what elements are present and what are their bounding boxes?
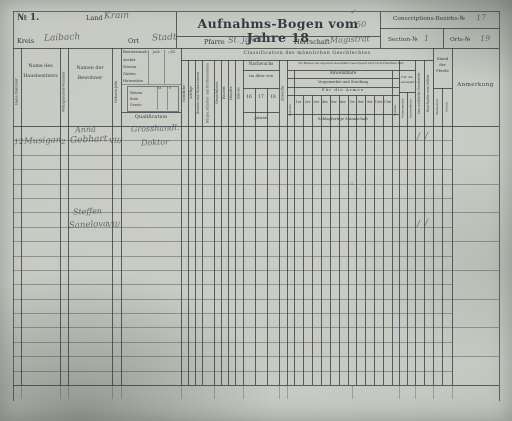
- ort-value-handwriting: Stadt: [152, 32, 177, 43]
- grid-line: [380, 28, 499, 29]
- grid-line: [499, 11, 500, 401]
- nachwuchs-age: 18: [267, 95, 279, 100]
- landwehr-col: Anwendbare: [407, 93, 415, 124]
- klasse-col: 7er: [348, 101, 357, 105]
- grid-line: [181, 48, 182, 385]
- beurlaubte-col: Beurlaubte vom Militär: [424, 62, 433, 124]
- tick-mark: ✓: [350, 8, 356, 16]
- grid-line: [13, 140, 452, 141]
- ort-label: Ort: [128, 38, 139, 45]
- nachwuchs-title: Nachwuchs: [243, 62, 279, 67]
- grid-line: [243, 60, 244, 385]
- pfarre-label: Pfarre: [204, 39, 225, 46]
- stand-col: Bürger, Künstler und Professionisten: [202, 62, 214, 124]
- grid-line: [287, 78, 399, 79]
- grid-line: [287, 87, 399, 88]
- grid-line: [13, 212, 499, 213]
- grid-line: [21, 48, 22, 385]
- grid-line: [214, 60, 215, 385]
- section-line1: Zu Hause die eigenen Geschäfte besorgend…: [288, 61, 414, 65]
- grid-line: [287, 95, 399, 96]
- grid-line: [287, 60, 288, 385]
- klasse-col: 1er: [294, 101, 303, 105]
- stand-col: Beamte und Honoratioren: [195, 62, 202, 124]
- grid-line: [267, 88, 268, 385]
- aussaat-row: Gerste: [130, 104, 141, 108]
- anwendbare-label: Anwendbare: [287, 71, 399, 76]
- grid-line: [352, 385, 353, 399]
- qualification-label: Qualification: [121, 115, 181, 121]
- grid-line: [443, 28, 444, 48]
- pferde-col: Stuten: [442, 90, 452, 124]
- grid-line: [13, 327, 499, 328]
- aussaat-unit-m: M.: [158, 87, 162, 90]
- besitz-row: Gärten: [123, 72, 136, 76]
- fuer-die-armee-label: Für die Armee: [287, 88, 399, 93]
- grid-line: [415, 60, 416, 385]
- section-label: Section-№: [388, 37, 418, 44]
- aussaat-row: Korn: [130, 98, 138, 102]
- grid-line: [287, 385, 288, 399]
- orts-label: Orts-№: [450, 37, 470, 44]
- scanned-form-page: № 1. Land Krain Aufnahms-Bogen vom Jahre…: [0, 0, 512, 421]
- entry2-geburtsjahr: VII/: [107, 221, 120, 230]
- pferde-col: Wallachen: [433, 90, 442, 124]
- grid-line: [228, 60, 229, 385]
- zuwachs-col: Zuwachs: [279, 62, 287, 124]
- grid-line: [112, 48, 113, 385]
- grid-line: [243, 70, 279, 71]
- grid-line: [60, 385, 61, 399]
- nachwuchs-sub: Im Alter von: [245, 73, 277, 79]
- vorgemerkte-label: Vorgemerkte und Streifung: [287, 80, 399, 84]
- aussaat-unit-v: V.: [169, 87, 172, 90]
- grid-line: [13, 48, 499, 49]
- col-hausnummer: Haus-Nummer: [13, 60, 21, 124]
- grid-line: [13, 155, 499, 156]
- grid-line: [433, 385, 434, 399]
- grid-line: [255, 88, 256, 385]
- grid-line: [13, 299, 499, 300]
- besitz-title: Besitzstand:: [123, 50, 148, 55]
- grid-line: [13, 385, 499, 386]
- grid-line: [202, 60, 203, 385]
- grid-line: [121, 84, 181, 85]
- entry1-qualification-2: Doktor: [141, 137, 169, 147]
- land-label: Land: [86, 15, 103, 22]
- stand-col: Gewerbsleute: [214, 62, 221, 124]
- land-value-handwriting: Krain: [104, 10, 129, 21]
- grid-line: [399, 92, 415, 93]
- grid-line: [13, 270, 499, 271]
- grid-line: [415, 385, 416, 399]
- grid-line: [176, 12, 177, 48]
- grid-line: [60, 48, 61, 385]
- grid-line: [279, 60, 280, 385]
- col-anmerkung: Anmerkung: [452, 82, 499, 88]
- grid-line: [235, 60, 236, 385]
- grid-line: [21, 385, 22, 399]
- nachwuchs-unit: Jahren: [243, 116, 279, 121]
- grid-line: [13, 169, 452, 170]
- conscription-label: Conscriptions-Bezirks-№: [393, 16, 465, 23]
- klasse-col: 6er: [339, 101, 348, 105]
- kreis-label: Kreis: [17, 38, 34, 45]
- grid-line: [167, 86, 168, 110]
- entry1-wohnpartei: 2: [61, 138, 66, 146]
- grid-line: [112, 385, 113, 399]
- grid-line: [399, 60, 400, 385]
- grid-line: [433, 48, 434, 385]
- stand-col: Häusler: [228, 62, 235, 124]
- grid-line: [221, 60, 222, 385]
- klasse-col: 5er: [330, 101, 339, 105]
- grid-line: [13, 198, 452, 199]
- grid-line: [13, 227, 452, 228]
- grid-line: [13, 313, 452, 314]
- landwehr-title: Für die Landwehr: [399, 75, 415, 84]
- grid-line: [181, 60, 433, 61]
- grid-line: [13, 256, 452, 257]
- grid-line: [181, 385, 182, 399]
- klasse-col: 10er: [374, 101, 383, 105]
- entry2-name: Sanelova: [69, 219, 109, 231]
- grid-line: [243, 385, 244, 399]
- grid-line: [13, 356, 499, 357]
- grid-line: [176, 36, 380, 37]
- grid-line: [164, 50, 165, 84]
- col-wohnparteien: Wohnparteien-Nummer: [60, 60, 68, 124]
- besitz-row: Aecker: [123, 58, 136, 62]
- grid-line: [243, 112, 279, 113]
- grid-line: [279, 385, 280, 399]
- klasse-col: 3er: [312, 101, 321, 105]
- klasse-col: 8er: [356, 101, 365, 105]
- grid-line: [424, 60, 425, 385]
- landwehr-col: Vorgemerkte: [399, 93, 407, 124]
- weiblich-col: Das weibliche Geschlecht: [415, 62, 424, 124]
- grid-line: [121, 112, 181, 113]
- besitz-row: Hutweiden: [123, 79, 143, 83]
- orts-value-handwriting: 19: [480, 34, 491, 43]
- grid-line: [121, 385, 122, 399]
- grid-line: [287, 114, 399, 115]
- stand-col: Geistliche: [181, 62, 188, 124]
- form-number: № 1.: [17, 13, 39, 23]
- pferde-title: Stand der Pferde: [434, 56, 451, 74]
- herrschaft-label: Herrschaft: [294, 39, 330, 46]
- conscription-value-handwriting: 17: [476, 13, 487, 22]
- col-bewohner: Namen der Bewohner: [69, 64, 111, 84]
- grid-line: [148, 50, 149, 84]
- grid-line: [13, 184, 499, 185]
- kreis-value-handwriting: Laibach: [44, 32, 81, 44]
- grid-line: [195, 60, 196, 385]
- stand-col: Bauern: [221, 62, 228, 124]
- grid-line: [452, 48, 453, 385]
- grid-line: [243, 88, 279, 89]
- besitz-unit-klafter: □Kl.: [164, 51, 180, 55]
- besitz-row: Wiesen: [123, 65, 136, 69]
- grid-line: [433, 88, 452, 89]
- entry1-hausnr: 12: [14, 137, 24, 146]
- klasse-col: 2er: [303, 101, 312, 105]
- aussaat-row: Weizen: [130, 92, 142, 96]
- col-hausbesitzer: Name des Hausbesitzers: [22, 62, 59, 82]
- grid-line: [13, 11, 499, 12]
- year-handwriting: 50: [356, 20, 367, 29]
- classification-title: Classification des männlichen Geschlecht…: [181, 51, 433, 56]
- nachwuchs-age: 16: [243, 95, 255, 100]
- grid-line: [13, 241, 499, 242]
- grid-line: [68, 385, 69, 399]
- klasse-col: 9er: [365, 101, 374, 105]
- grid-line: [13, 284, 452, 285]
- grid-line: [13, 371, 452, 372]
- klasse-col: 4er: [321, 101, 330, 105]
- grid-line: [399, 385, 400, 399]
- grid-line: [452, 385, 453, 399]
- grid-line: [68, 48, 69, 385]
- grid-line: [13, 342, 452, 343]
- nachwuchs-age: 17: [255, 95, 267, 100]
- entry1-qualification-1: Grosshandl.: [131, 123, 180, 134]
- grid-line: [121, 48, 122, 385]
- grid-line: [442, 88, 443, 385]
- grid-line: [380, 12, 381, 48]
- section-value-handwriting: 1: [424, 34, 429, 43]
- stand-col: Adelige: [188, 62, 195, 124]
- besitz-unit-joch: Joch: [148, 51, 164, 55]
- grid-line: [214, 385, 215, 399]
- stand-col: Inleute: [235, 62, 243, 124]
- klasse-col: 11te: [383, 101, 392, 105]
- grid-line: [287, 70, 415, 71]
- grid-line: [188, 60, 189, 385]
- col-geburtsjahr: Geburts-Jahr: [112, 60, 121, 124]
- grid-line: [157, 86, 158, 110]
- grid-line: [13, 126, 499, 127]
